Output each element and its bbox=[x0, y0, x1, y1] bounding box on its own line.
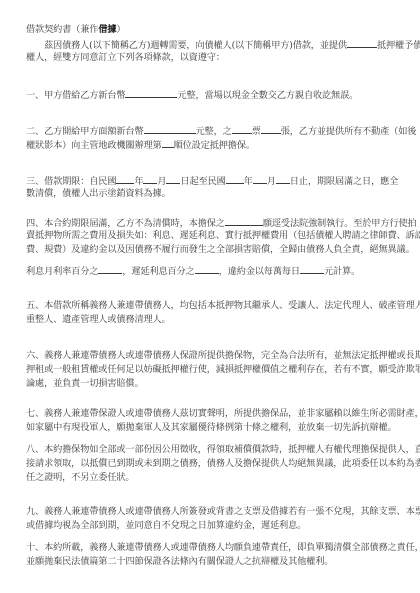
clause-2-line-2: 權狀影本）向主管地政機關辦理第順位設定抵押擔保。 bbox=[26, 138, 255, 152]
clause-6-line-3: 論處，並負責一切損害賠償。 bbox=[26, 378, 144, 390]
clause-text: 票 bbox=[252, 126, 261, 137]
start-year-blank[interactable] bbox=[116, 174, 134, 184]
end-day-blank[interactable] bbox=[276, 174, 290, 184]
clause-1-line-1: 一、甲方借給乙方新台幣元整，當場以現金全數交乙方親自收訖無誤。 bbox=[26, 88, 358, 102]
clause-4-line-1: 四、本合約期限屆滿，乙方不為清償時，本擔保之願逕受法院強制執行。至於甲方行使拍 bbox=[26, 216, 416, 230]
clause-text: 年 bbox=[134, 176, 143, 187]
clause-6-line-2: 押租或一般租賃權或任何足以妨礙抵押權行使，減損抵押權價值之權利存在，若有不實，願… bbox=[26, 364, 420, 376]
loan-amount-blank[interactable] bbox=[125, 88, 177, 98]
clause-text: 權狀影本）向主管地政機關辦理第 bbox=[26, 140, 162, 151]
clause-text: 日起至民國 bbox=[180, 176, 225, 187]
clause-4-rates-line: 利息月利率百分之，遲延利息百分之，違約金以每萬每日元計算。 bbox=[26, 264, 360, 278]
clause-8-line-1: 八、本約擔保物如全部或一部份因公用徵收，得領取補償價款時，抵押權人有權代理擔保提… bbox=[26, 444, 420, 456]
clause-text: 一、甲方借給乙方新台幣 bbox=[26, 90, 125, 101]
title-bold-text: 借據 bbox=[98, 24, 116, 35]
clause-text: 願逕受法院強制執行。至於甲方行使拍 bbox=[263, 218, 417, 229]
clause-9-line-1: 九、義務人兼連帶債務人或連帶債務人所簽發或背書之支票及借據若有一張不兌現，其餘支… bbox=[26, 506, 420, 518]
priority-blank[interactable] bbox=[162, 138, 174, 148]
clause-text: 年 bbox=[244, 176, 253, 187]
start-month-blank[interactable] bbox=[143, 174, 157, 184]
clause-4-line-3: 費、規費）及違約金以及因債務不履行而發生之全部損害賠償，全歸由債務人負全責，絕無… bbox=[26, 244, 415, 256]
end-year-blank[interactable] bbox=[226, 174, 244, 184]
document-title: 借款契約書（兼作借據） bbox=[26, 24, 125, 36]
clause-text: ，遲延利息百分之 bbox=[122, 266, 194, 277]
clause-text: 日止，期限屆滿之日，應全 bbox=[290, 176, 398, 187]
clause-3-line-2: 數清償，債權人出示塗銷資料為據。 bbox=[26, 188, 171, 200]
clause-text: 四、本合約期限屆滿，乙方不為清償時，本擔保之 bbox=[26, 218, 225, 229]
clause-text: 元整，之 bbox=[196, 126, 232, 137]
preamble-text: 抵押權予債 bbox=[377, 40, 420, 51]
clause-text: 元計算。 bbox=[324, 266, 360, 277]
preamble-text: 茲因債務人(以下簡稱乙方)週轉需要，向債權人(以下簡稱甲方)借款，並提供 bbox=[44, 40, 347, 51]
clause-4-line-2: 賣抵押物所需之費用及損失如：利息、遲延利息、實行抵押權費用（包括債權人聘請之律師… bbox=[26, 230, 420, 242]
clause-text: 月 bbox=[267, 176, 276, 187]
collateral-blank[interactable] bbox=[347, 38, 377, 48]
face-amount-blank[interactable] bbox=[144, 124, 196, 134]
clause-3-line-1: 三、借款期限：自民國年月日起至民國年月日止，期限屆滿之日，應全 bbox=[26, 174, 398, 188]
start-day-blank[interactable] bbox=[166, 174, 180, 184]
security-blank[interactable] bbox=[225, 216, 263, 226]
clause-10-line-1: 十、本約所載，義務人兼連帶債務人或連帶債務人均願負連帶責任，即負單獨清償全部債務… bbox=[26, 542, 420, 554]
clause-9-line-2: 或借據均視為全部到期，並同意自不兌現之日加算違約金，遲延利息。 bbox=[26, 520, 306, 532]
clause-text: 元整，當場以現金全數交乙方親自收訖無誤。 bbox=[177, 90, 358, 101]
clause-text: 二、乙方開給甲方面額新台幣 bbox=[26, 126, 144, 137]
clause-8-line-2: 接請求領取，以抵償已到期或未到期之債務，債務人及擔保提供人均絕無異議，此項委任以… bbox=[26, 458, 420, 470]
clause-text: 月 bbox=[157, 176, 166, 187]
clause-text: 張，乙方並提供所有不動產（如後 bbox=[281, 126, 417, 137]
clause-text: 順位設定抵押擔保。 bbox=[174, 140, 255, 151]
late-interest-blank[interactable] bbox=[195, 264, 219, 274]
clause-6-line-1: 六、義務人兼連帶債務人或連帶債務人保證所提供擔保物，完全為合法所有，並無法定抵押… bbox=[26, 350, 420, 362]
clause-5-line-2: 重整人、遺產管理人或債務清理人。 bbox=[26, 314, 171, 326]
preamble-line-1: 茲因債務人(以下簡稱乙方)週轉需要，向債權人(以下簡稱甲方)借款，並提供抵押權予… bbox=[26, 38, 420, 52]
clause-text: ，違約金以每萬每日 bbox=[219, 266, 300, 277]
note-count-blank[interactable] bbox=[261, 124, 281, 134]
title-suffix-text: ） bbox=[116, 24, 125, 35]
clause-text: 三、借款期限：自民國 bbox=[26, 176, 116, 187]
note-type-blank[interactable] bbox=[232, 124, 252, 134]
preamble-line-2: 權人，經雙方同意訂立下列各項條款，以資遵守： bbox=[26, 52, 225, 64]
interest-rate-blank[interactable] bbox=[98, 264, 122, 274]
penalty-amount-blank[interactable] bbox=[300, 264, 324, 274]
clause-10-line-2: 並願拋棄民法債篇第二十四節保證各法條內有關保證人之抗辯權及其他權利。 bbox=[26, 556, 333, 568]
clause-7-line-1: 七、義務人兼連帶保證人或連帶債務人茲切實聲明，所提供擔保品，並非家屬賴以維生所必… bbox=[26, 408, 420, 420]
title-text: 借款契約書（兼作 bbox=[26, 24, 98, 35]
clause-7-line-2: 如家屬中有現役軍人，願拋棄軍人及其家屬優待條例第十條之權利，並放棄一切先訴抗辯權… bbox=[26, 422, 397, 434]
clause-8-line-3: 任之證明，不另立委任狀。 bbox=[26, 472, 134, 484]
clause-text: 利息月利率百分之 bbox=[26, 266, 98, 277]
clause-2-line-1: 二、乙方開給甲方面額新台幣元整，之票張，乙方並提供所有不動產（如後 bbox=[26, 124, 416, 138]
end-month-blank[interactable] bbox=[253, 174, 267, 184]
clause-5-line-1: 五、本借款所稱義務人兼連帶債務人，均包括本抵押物其繼承人、受讓人、法定代理人、破… bbox=[26, 300, 420, 312]
